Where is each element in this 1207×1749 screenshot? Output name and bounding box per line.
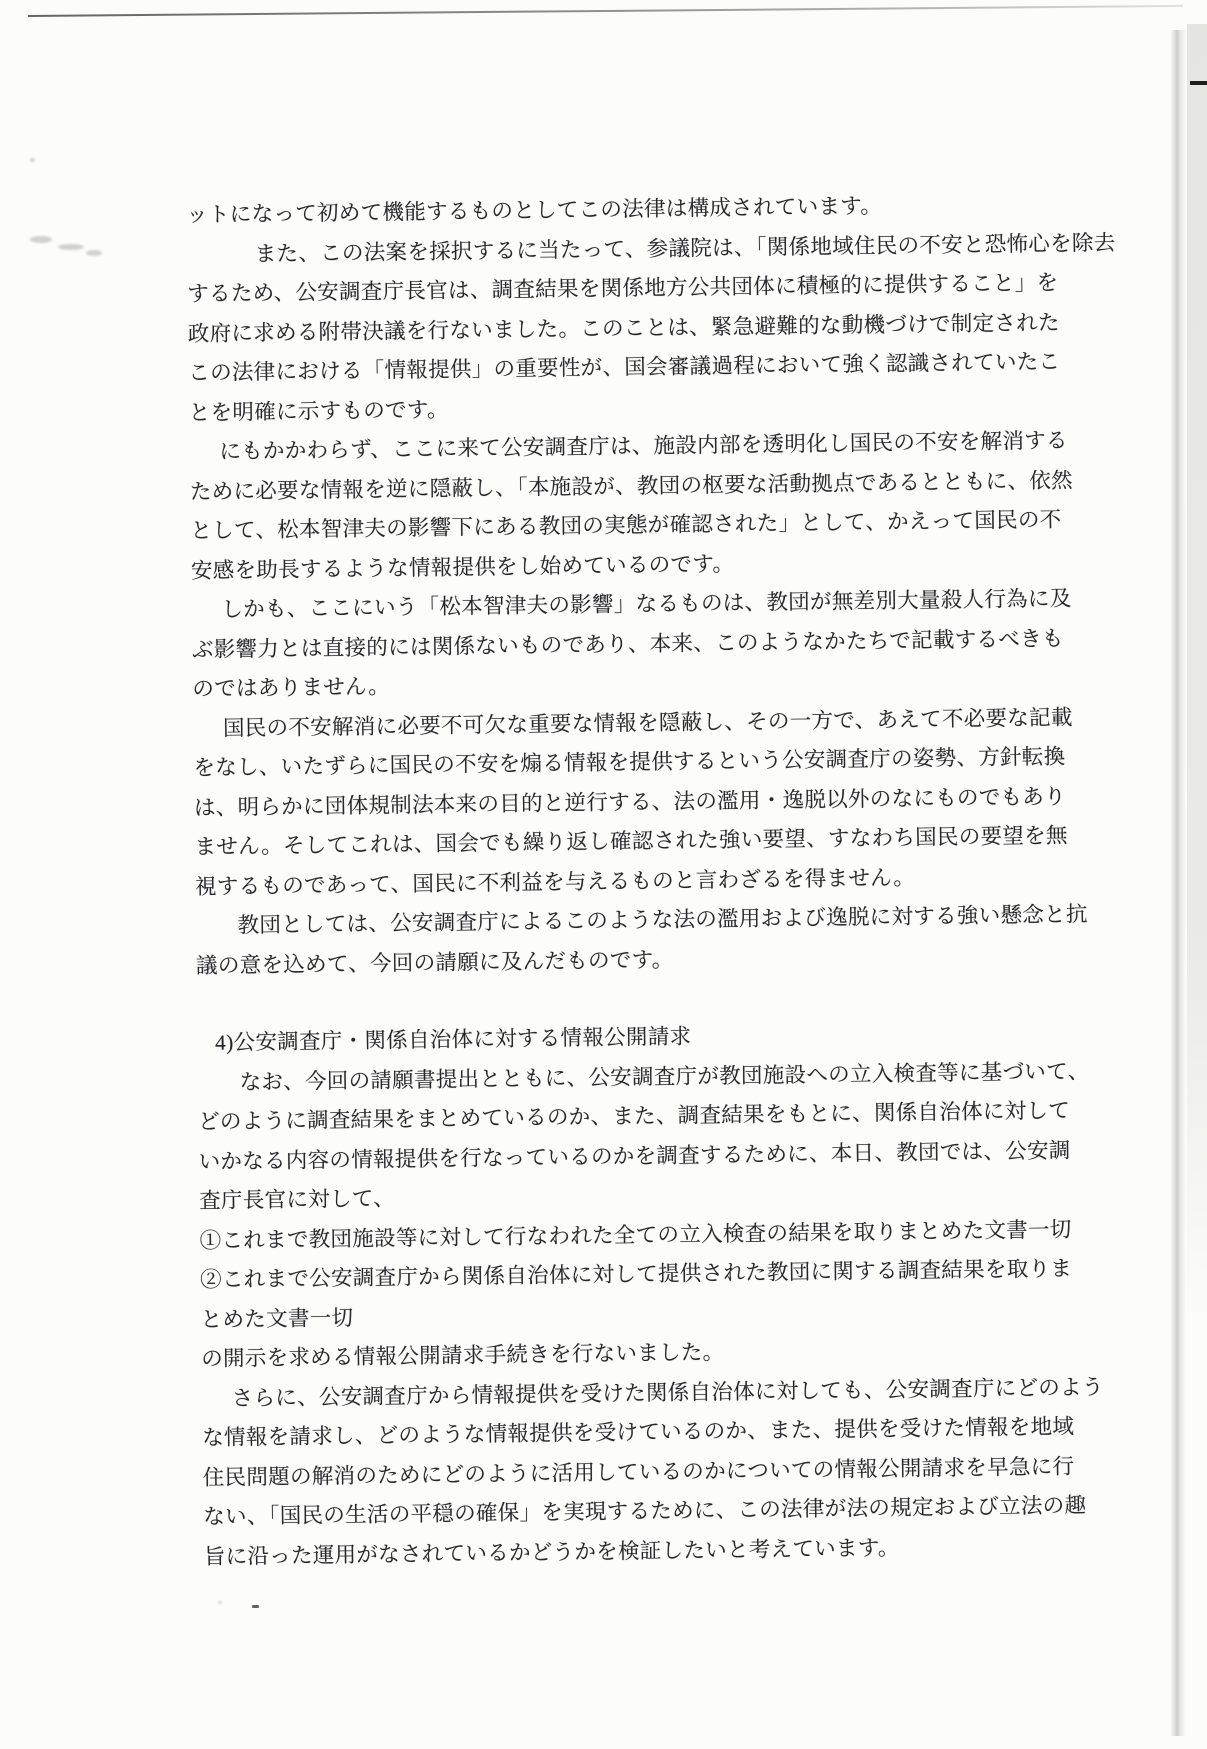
scan-fold-mark [1190,81,1207,85]
scan-smudge [30,158,35,162]
scan-smudge [30,236,52,243]
scan-speck [218,1601,222,1604]
scan-fold-shadow [1187,24,1207,1324]
document-text-block: ットになって初めて機能するものとしてこの法律は構成されています。 また、この法案… [186,184,1119,1577]
scan-fold-line [1170,30,1186,1736]
scan-smudge [58,244,84,250]
scanned-document-page: ットになって初めて機能するものとしてこの法律は構成されています。 また、この法案… [0,0,1207,1749]
scan-top-edge-line [28,5,1183,17]
scan-smudge [86,250,102,256]
scan-speck [252,1605,259,1608]
